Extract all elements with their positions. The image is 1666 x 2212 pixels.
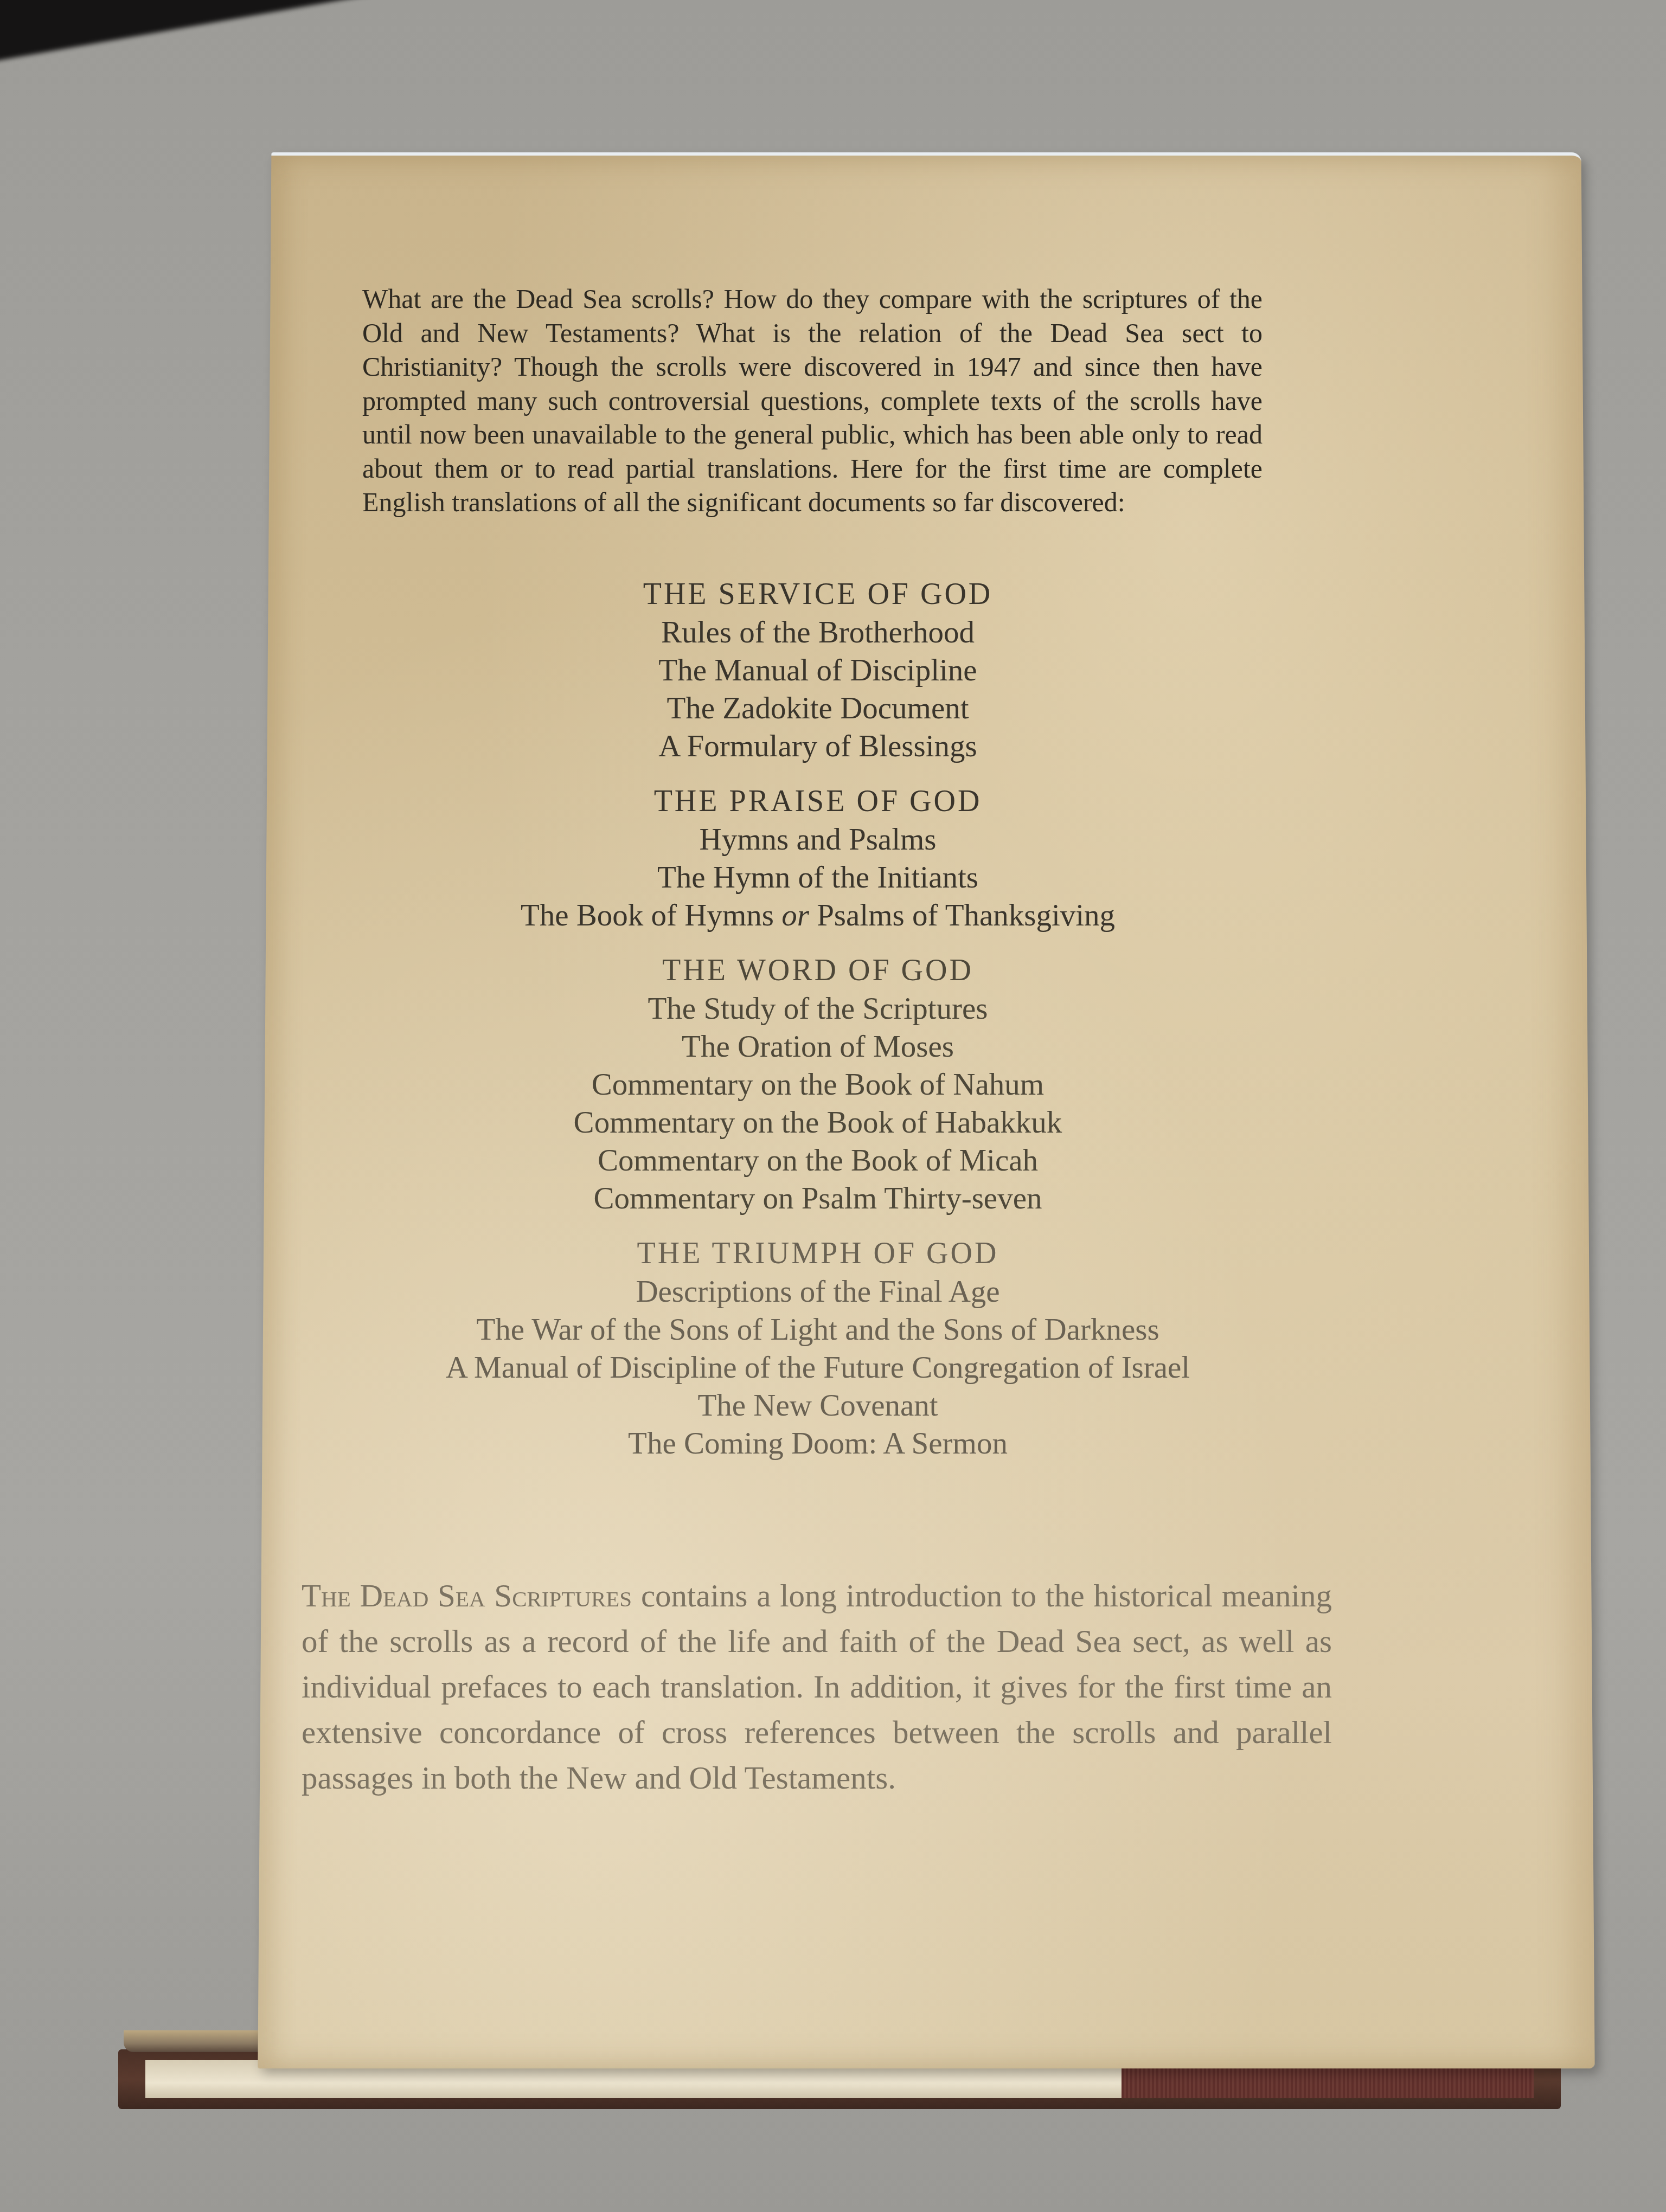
section-title: THE TRIUMPH OF GOD [265, 1234, 1371, 1273]
section-title: THE SERVICE OF GOD [265, 575, 1371, 614]
section-item: The Zadokite Document [265, 690, 1371, 728]
book-title: The Dead Sea Scriptures [302, 1578, 632, 1613]
section-item: Commentary on Psalm Thirty-seven [265, 1180, 1371, 1218]
section-item: Rules of the Brotherhood [265, 614, 1371, 652]
closing-paragraph: The Dead Sea Scriptures contains a long … [302, 1573, 1332, 1801]
conjunction-or: or [781, 898, 809, 933]
section-item: Hymns and Psalms [265, 821, 1371, 859]
section-item: Commentary on the Book of Micah [265, 1142, 1371, 1180]
back-cover-text: What are the Dead Sea scrolls? How do th… [0, 0, 1666, 2212]
section-item: A Manual of Discipline of the Future Con… [265, 1349, 1371, 1387]
section-praise-of-god: THE PRAISE OF GOD Hymns and Psalms The H… [265, 782, 1371, 935]
section-title: THE WORD OF GOD [265, 951, 1371, 990]
section-item: The Book of Hymns or Psalms of Thanksgiv… [265, 897, 1371, 935]
section-word-of-god: THE WORD OF GOD The Study of the Scriptu… [265, 951, 1371, 1218]
intro-paragraph: What are the Dead Sea scrolls? How do th… [362, 282, 1263, 519]
contents-list: THE SERVICE OF GOD Rules of the Brotherh… [265, 575, 1371, 1479]
section-item: The Study of the Scriptures [265, 990, 1371, 1028]
section-item: The New Covenant [265, 1387, 1371, 1425]
section-item: Commentary on the Book of Nahum [265, 1066, 1371, 1104]
section-item: The Oration of Moses [265, 1028, 1371, 1066]
section-item: The Hymn of the Initiants [265, 859, 1371, 897]
section-title: THE PRAISE OF GOD [265, 782, 1371, 821]
section-item: Commentary on the Book of Habakkuk [265, 1104, 1371, 1142]
section-item: The Coming Doom: A Sermon [265, 1425, 1371, 1463]
section-item: The Manual of Discipline [265, 652, 1371, 690]
section-item: The War of the Sons of Light and the Son… [265, 1311, 1371, 1349]
section-triumph-of-god: THE TRIUMPH OF GOD Descriptions of the F… [265, 1234, 1371, 1463]
section-service-of-god: THE SERVICE OF GOD Rules of the Brotherh… [265, 575, 1371, 766]
section-item: Descriptions of the Final Age [265, 1273, 1371, 1311]
section-item: A Formulary of Blessings [265, 728, 1371, 766]
